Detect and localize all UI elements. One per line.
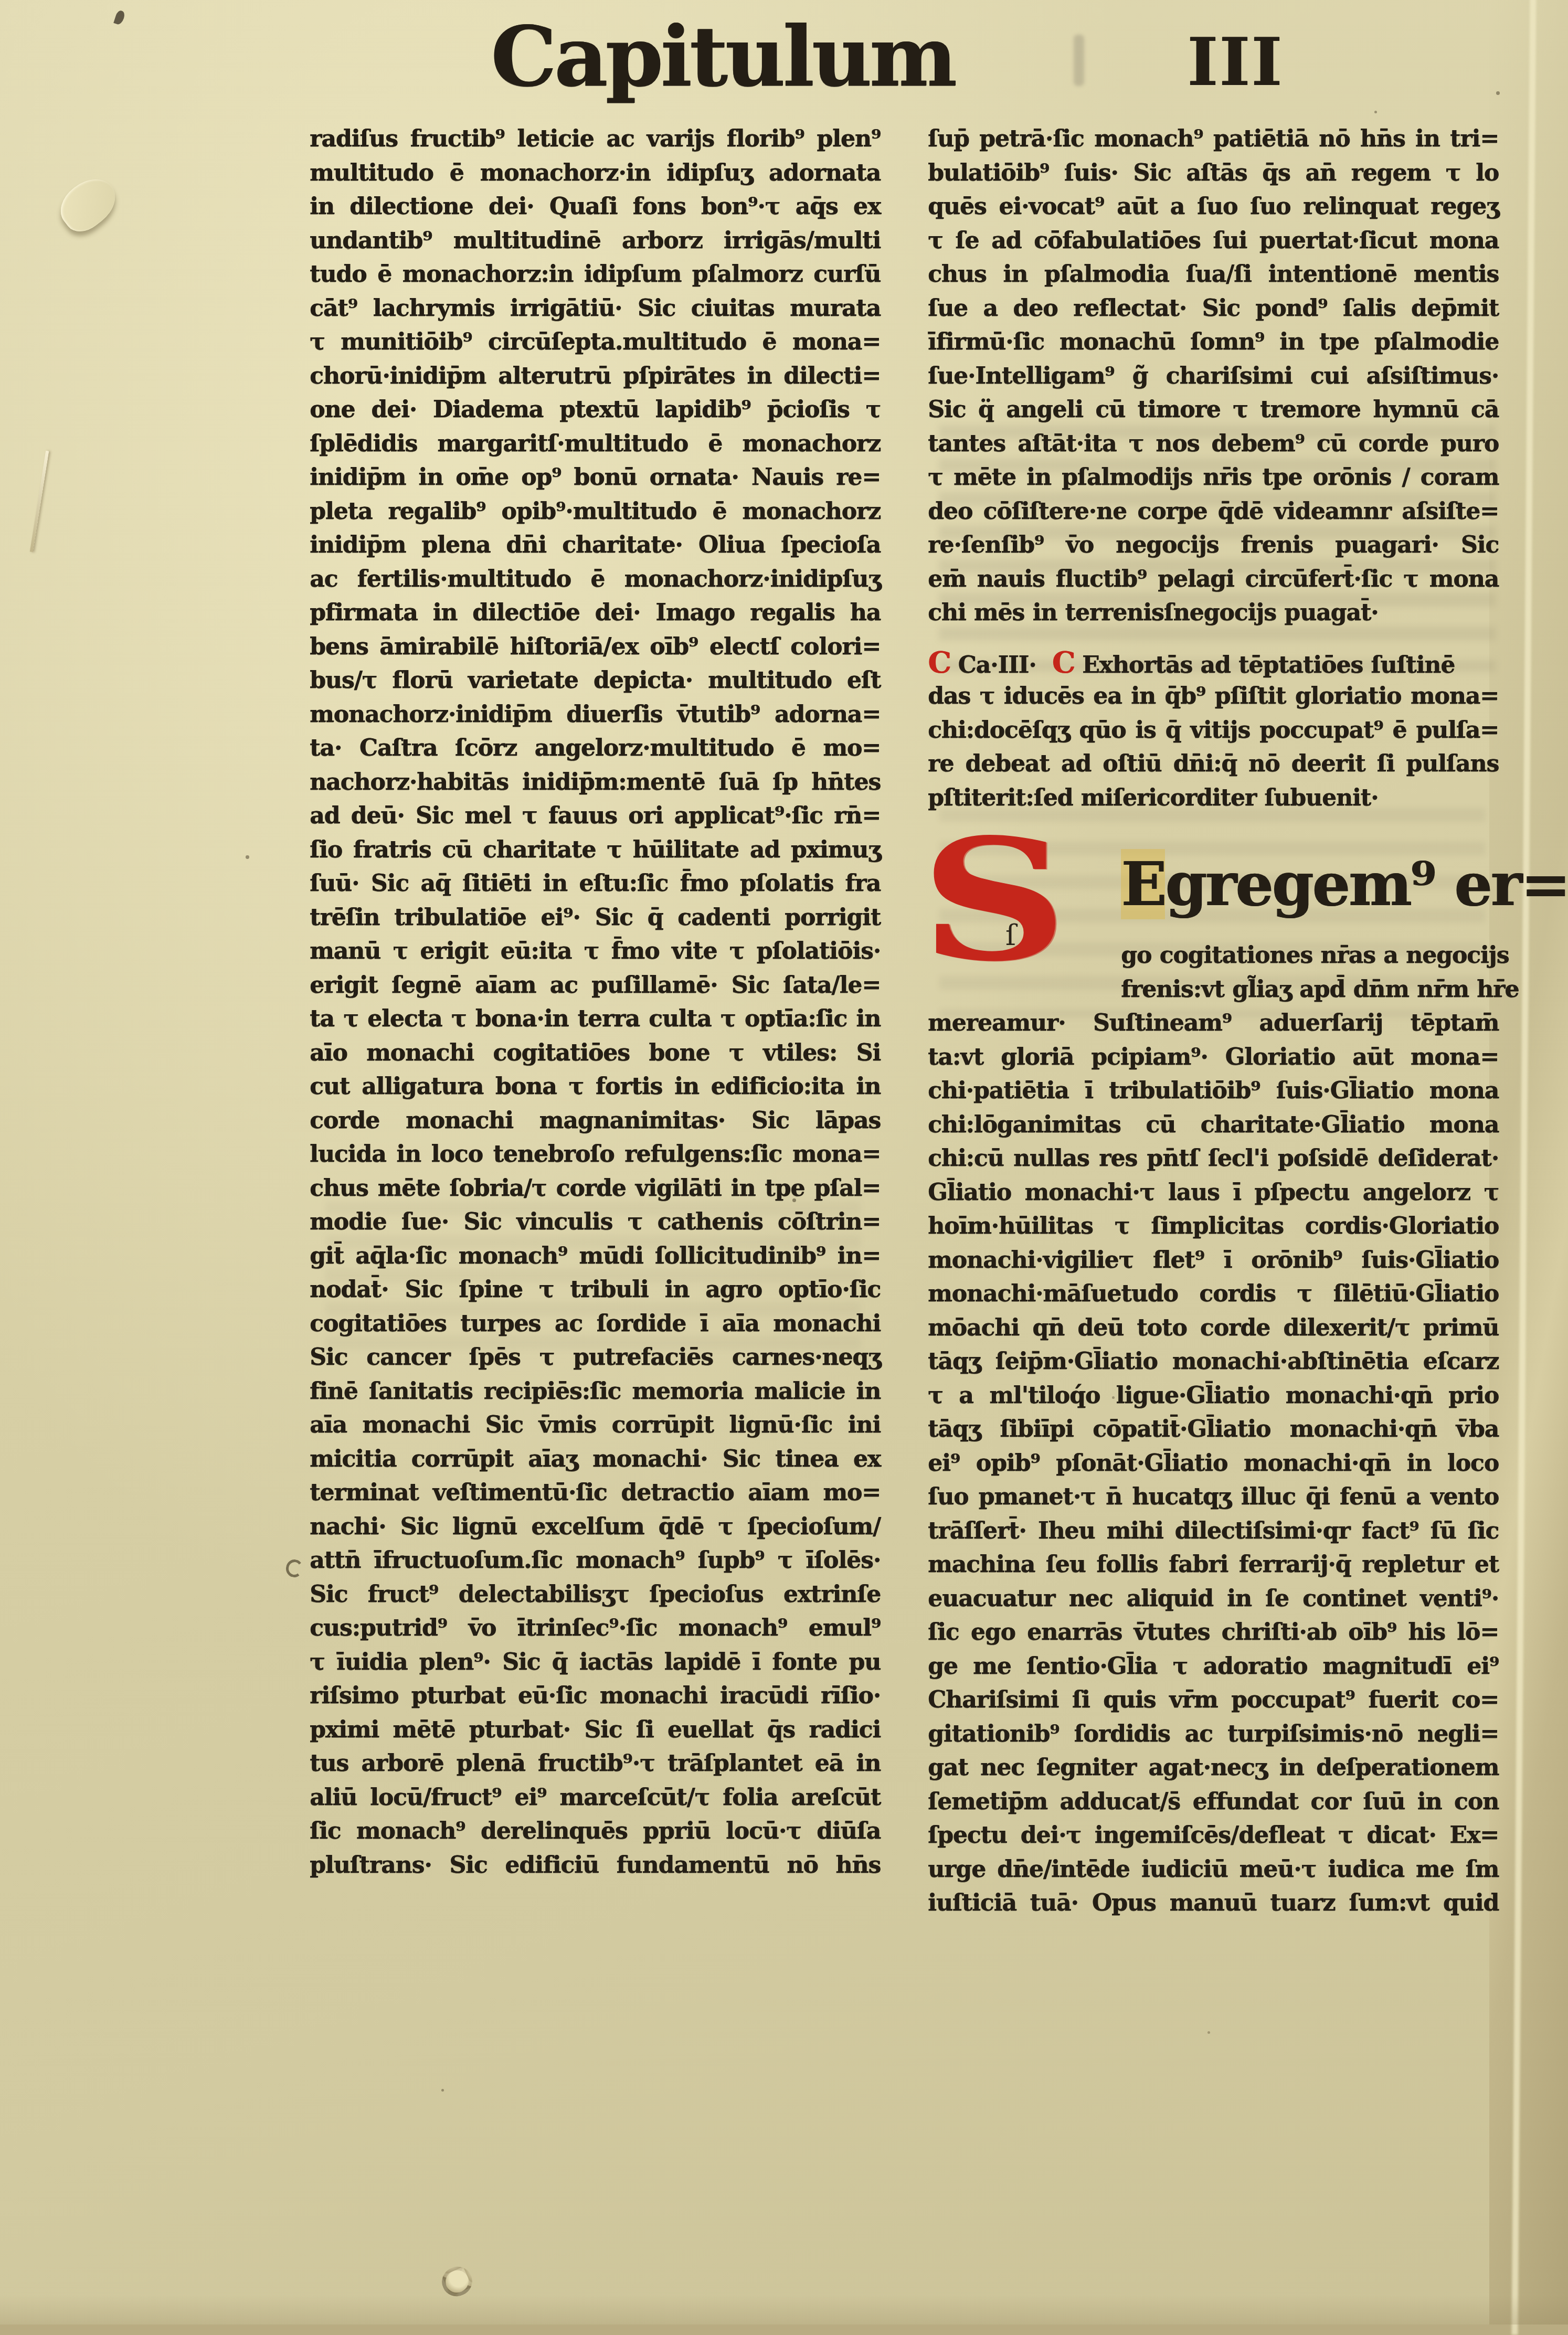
paper-crease [30, 451, 49, 553]
text-line: machina ſeu follis fabri ferrarij·q̄ rep… [928, 1548, 1499, 1582]
text-line: bens āmirabilē hiſtoriā/ex oīb⁹ electſ c… [310, 630, 881, 664]
text-line: one dei· Diadema ptextū lapidib⁹ p̄cioſi… [310, 393, 881, 427]
text-line: cut alligatura bona τ fortis in edificio… [310, 1070, 881, 1104]
text-line: nachi· Sic lignū excelſum q̄dē τ ſpecioſ… [310, 1510, 881, 1544]
text-line: ſuo pmanet·τ n̄ hucatqʒ illuc q̄i fenū a… [928, 1480, 1499, 1514]
text-line: ta τ electa τ bona·in terra culta τ optī… [310, 1002, 881, 1036]
text-line: τ munitiōib⁹ circūſepta.multitudo ē mona… [310, 325, 881, 359]
left-text-column: radiſus fructib⁹ leticie ac varijs flori… [310, 122, 881, 1882]
text-line: attn̄ īfructuoſum.ſic monach⁹ ſupb⁹ τ īſ… [310, 1544, 881, 1578]
text-line: re·ſenſib⁹ v̄o negocijs frenis puagari· … [928, 528, 1499, 562]
text-line: pleta regalib⁹ opib⁹·multitudo ē monacho… [310, 495, 881, 529]
text-line: manū τ erigit eū:ita τ f̄mo vite τ pſola… [310, 935, 881, 969]
text-line: in dilectione dei· Quaſi fons bon⁹·τ aq̄… [310, 190, 881, 224]
text-line: ei⁹ opib⁹ pſonāt·Gl̄iatio monachi·qn̄ in… [928, 1447, 1499, 1481]
text-line: modie ſue· Sic vinculis τ cathenis cōſtr… [310, 1205, 881, 1239]
text-line: inidip̄m in om̄e op⁹ bonū ornata· Nauis … [310, 461, 881, 495]
page-title: Capitulum [491, 8, 955, 105]
text-line: chus mēte ſobria/τ corde vigilāti in tpe… [310, 1172, 881, 1206]
text-line: aīa monachi Sic v̄mis corrūpit lignū·ſic… [310, 1408, 881, 1442]
text-line: iuſticiā tuā· Opus manuū tuarz ſum:vt qu… [928, 1886, 1499, 1920]
text-line: gat nec ſegniter agat·necʒ in deſperatio… [928, 1751, 1499, 1785]
text-line: monachorz·inidip̄m diuerſis v̄tutib⁹ ado… [310, 698, 881, 732]
text-line: finē ſanitatis recipiēs:ſic memoria mali… [310, 1375, 881, 1409]
text-line: bus/τ florū varietate depicta· multitudo… [310, 664, 881, 698]
text-line: ſplēdidis margaritſ·multitudo ē monachor… [310, 427, 881, 461]
text-line: pfirmata in dilectiōe dei· Imago regalis… [310, 596, 881, 630]
text-line: micitia corrūpit aīaʒ monachi· Sic tinea… [310, 1442, 881, 1477]
text-line: chi:docēſqʒ qūo is q̄ vitijs poccupat⁹ ē… [928, 714, 1499, 748]
rubric-paraph-icon: C [1052, 645, 1075, 680]
text-line: cogitatiōes turpes ac ſordide ī aīa mona… [310, 1307, 881, 1341]
text-line: ſemetip̄m adducat/s̄ effundat cor ſuū in… [928, 1785, 1499, 1819]
guide-letter: ſ [1005, 919, 1016, 952]
text-line: mōachi qn̄ deū toto corde dilexerit/τ pr… [928, 1311, 1499, 1345]
text-line: Sic fruct⁹ delectabilisʒτ ſpecioſus extr… [310, 1578, 881, 1612]
text-line: multitudo ē monachorz·in idipſuʒ adornat… [310, 156, 881, 190]
text-line: τ īuidia plen⁹· Sic q̄ iactās lapidē ī f… [310, 1646, 881, 1680]
text-line: chi mēs in terrenisſnegocijs puagat̄· [928, 596, 1499, 630]
text-line: das τ iducēs ea in q̄b⁹ pſiſtit gloriati… [928, 680, 1499, 714]
incunabulum-page: Capitulum III radiſus fructib⁹ leticie a… [0, 0, 1568, 2325]
text-line: monachi·vigilieτ flet⁹ ī orōnib⁹ ſuis·Gl… [928, 1244, 1499, 1278]
text-line: τ mēte in pſalmodijs nr̄is tpe orōnis / … [928, 461, 1499, 495]
text-line: ſic ego enarrās v̄tutes chriſti·ab oīb⁹ … [928, 1616, 1499, 1650]
text-line: lucida in loco tenebroſo refulgens:ſic m… [310, 1138, 881, 1172]
text-line: tus arborē plenā fructib⁹·τ trāſplantet … [310, 1747, 881, 1781]
text-line: ac fertilis·multitudo ē monachorz·inidip… [310, 562, 881, 597]
chapter-numeral: III [1187, 23, 1283, 101]
text-line: tāqʒ ſibiīpi cōpatit̄·Gl̄iatio monachi·q… [928, 1413, 1499, 1447]
text-line: bulatiōib⁹ ſuis· Sic aſtās q̄s an̄ regem… [928, 156, 1499, 190]
text-line: tantes aſtāt·ita τ nos debem⁹ cū corde p… [928, 427, 1499, 461]
page-bottom-shadow [0, 2295, 1568, 2325]
text-line: nodat̄· Sic ſpine τ tribuli in agro optī… [310, 1273, 881, 1307]
margin-annotation-mark [285, 1558, 304, 1578]
text-line: ſup̄ petrā·ſic monach⁹ patiētiā nō hn̄s … [928, 122, 1499, 156]
text-line: Sic q̈ angeli cū timore τ tremore hymnū … [928, 393, 1499, 427]
text-line: re debeat ad oſtiū dn̄i:q̄ nō deerit ſi … [928, 747, 1499, 781]
rubric-text: Exhortās ad tēptatiōes ſuſtinē [1082, 652, 1455, 678]
text-line: pluſtrans· Sic edificiū fundamentū nō hn… [310, 1849, 881, 1883]
text-line: ta· Caſtra ſcōrz angelorz·multitudo ē mo… [310, 731, 881, 766]
text-line: chi:lōganimitas cū charitate·Gl̄iatio mo… [928, 1108, 1499, 1142]
text-line: ſio fratris cū charitate τ hūilitate ad … [310, 833, 881, 867]
text-line: cāt⁹ lachrymis irrigātiū· Sic ciuitas mu… [310, 292, 881, 326]
paper-flaw-blob [52, 169, 125, 239]
text-line: corde monachi magnanimitas· Sic lāpas [310, 1104, 881, 1138]
text-line: urge dn̄e/intēde iudiciū meū·τ iudica me… [928, 1853, 1499, 1887]
text-line: mereamur· Suſtineam⁹ aduerſarij tēptam̄ [928, 1006, 1499, 1041]
text-line: tāqʒ ſeip̄m·Gl̄iatio monachi·abſtinētia … [928, 1345, 1499, 1379]
text-line: hoīm·hūilitas τ ſimplicitas cordis·Glori… [928, 1209, 1499, 1244]
text-line: euacuatur nec aliquid in ſe continet ven… [928, 1582, 1499, 1616]
paragraph: das τ iducēs ea in q̄b⁹ pſiſtit gloriati… [928, 680, 1499, 781]
text-line: pximi mētē pturbat· Sic ſi euellat q̄s r… [310, 1713, 881, 1747]
paragraph: ſup̄ petrā·ſic monach⁹ patiētiā nō hn̄s … [928, 122, 1499, 596]
text-line: em̄ nauis fluctib⁹ pelagi circūfert̄·ſic… [928, 562, 1499, 597]
text-line: quēs ei·vocat⁹ aūt a ſuo ſuo relinquat r… [928, 190, 1499, 224]
text-line: aliū locū/fruct⁹ ei⁹ marceſcūt/τ folia a… [310, 1781, 881, 1815]
rubric-paraph-icon: C [928, 645, 951, 680]
text-line: tudo ē monachorz:in idipſum pſalmorz cur… [310, 258, 881, 292]
text-line: git̄ aq̄la·ſic monach⁹ mūdi ſollicitudin… [310, 1239, 881, 1273]
text-line: chus in pſalmodia ſua/ſi intentionē ment… [928, 258, 1499, 292]
text-line: ta:vt gloriā pcipiam⁹· Gloriatio aūt mon… [928, 1041, 1499, 1075]
rubricated-initial-s: S [920, 821, 1067, 979]
text-line: ſue·Intelligam⁹ g̃ chariſsimi cui aſsiſt… [928, 359, 1499, 394]
text-line: gitationib⁹ ſordidis ac turpiſsimis·nō n… [928, 1717, 1499, 1752]
text-line: aīo monachi cogitatiōes bone τ vtiles: S… [310, 1036, 881, 1070]
text-line: ge me ſentio·Gl̄ia τ adoratio magnitudī … [928, 1650, 1499, 1684]
paragraph: mereamur· Suſtineam⁹ aduerſarij tēptam̄t… [928, 1006, 1499, 1920]
initial-paragraph: S ſ Egregem⁹ er= go cogitationes nr̄as a… [928, 835, 1499, 1006]
text-line: ſue a deo reflectat· Sic pond⁹ ſalis dep… [928, 292, 1499, 326]
text-line: trāſſert̄· Iheu mihi dilectiſsimi·qr fac… [928, 1514, 1499, 1548]
text-line: chorū·inidip̄m alterutrū pſpirātes in di… [310, 359, 881, 394]
text-line: trēſin tribulatiōe ei⁹· Sic q̄ cadenti p… [310, 901, 881, 935]
text-line: Gl̄iatio monachi·τ laus ī pſpectu angelo… [928, 1176, 1499, 1210]
text-line: cus:putrid⁹ v̄o ītrinſec⁹·ſic monach⁹ em… [310, 1611, 881, 1646]
text-line: monachi·māſuetudo cordis τ ſilētiū·Gl̄ia… [928, 1277, 1499, 1311]
text-line: Sic cancer ſpēs τ putrefaciēs carnes·neq… [310, 1341, 881, 1375]
text-line: ſic monach⁹ derelinquēs ppriū locū·τ diū… [310, 1814, 881, 1849]
text-line: ſuū· Sic aq̄ ſitiēti in eſtu:ſic f̄mo pſ… [310, 867, 881, 901]
text-line: erigit ſegnē aīam ac puſillamē· Sic ſata… [310, 969, 881, 1003]
text-line: riſsimo pturbat eū·ſic monachi iracūdi r… [310, 1679, 881, 1713]
right-text-column: ſup̄ petrā·ſic monach⁹ patiētiā nō hn̄s … [928, 122, 1499, 1920]
text-line: undantib⁹ multitudinē arborz irrigās/mul… [310, 224, 881, 258]
text-line: ad deū· Sic mel τ fauus ori applicat⁹·ſi… [310, 799, 881, 833]
text-line: īfirmū·ſic monachū ſomn⁹ in tpe pſalmodi… [928, 325, 1499, 359]
text-line: radiſus fructib⁹ leticie ac varijs flori… [310, 122, 881, 156]
text-line: inidip̄m plena dn̄i charitate· Oliua ſpe… [310, 528, 881, 562]
text-line: terminat veſtimentū·ſic detractio aīam m… [310, 1476, 881, 1510]
text-line: deo cōſiſtere·ne corpe q̄dē videamnr aſs… [928, 495, 1499, 529]
text-line: nachorz·habitās inidip̄m:mentē ſuā ſp hn… [310, 766, 881, 800]
paper-speckles [0, 0, 2, 2]
text-line: chi·patiētia ī tribulatiōib⁹ ſuis·Gl̄iat… [928, 1074, 1499, 1108]
rubric-chapter-label: Ca·III· [958, 652, 1036, 678]
running-header: Capitulum III [0, 8, 1568, 113]
text-line: ſpectu dei·τ ingemiſcēs/defleat τ dicat·… [928, 1819, 1499, 1853]
text-line: τ ſe ad cōfabulatiōes ſui puertat·ſicut … [928, 224, 1499, 258]
text-line: Chariſsimi ſi quis vr̄m poccupat⁹ fuerit… [928, 1683, 1499, 1717]
chapter-rubric: CCa·III·CExhortās ad tēptatiōes ſuſtinē [928, 646, 1499, 680]
text-line: τ a ml'tiloq́o ligue·Gl̄iatio monachi·qn… [928, 1379, 1499, 1413]
text-line: chi:cū nullas res pn̄tſ ſecl'i poſsidē d… [928, 1142, 1499, 1176]
